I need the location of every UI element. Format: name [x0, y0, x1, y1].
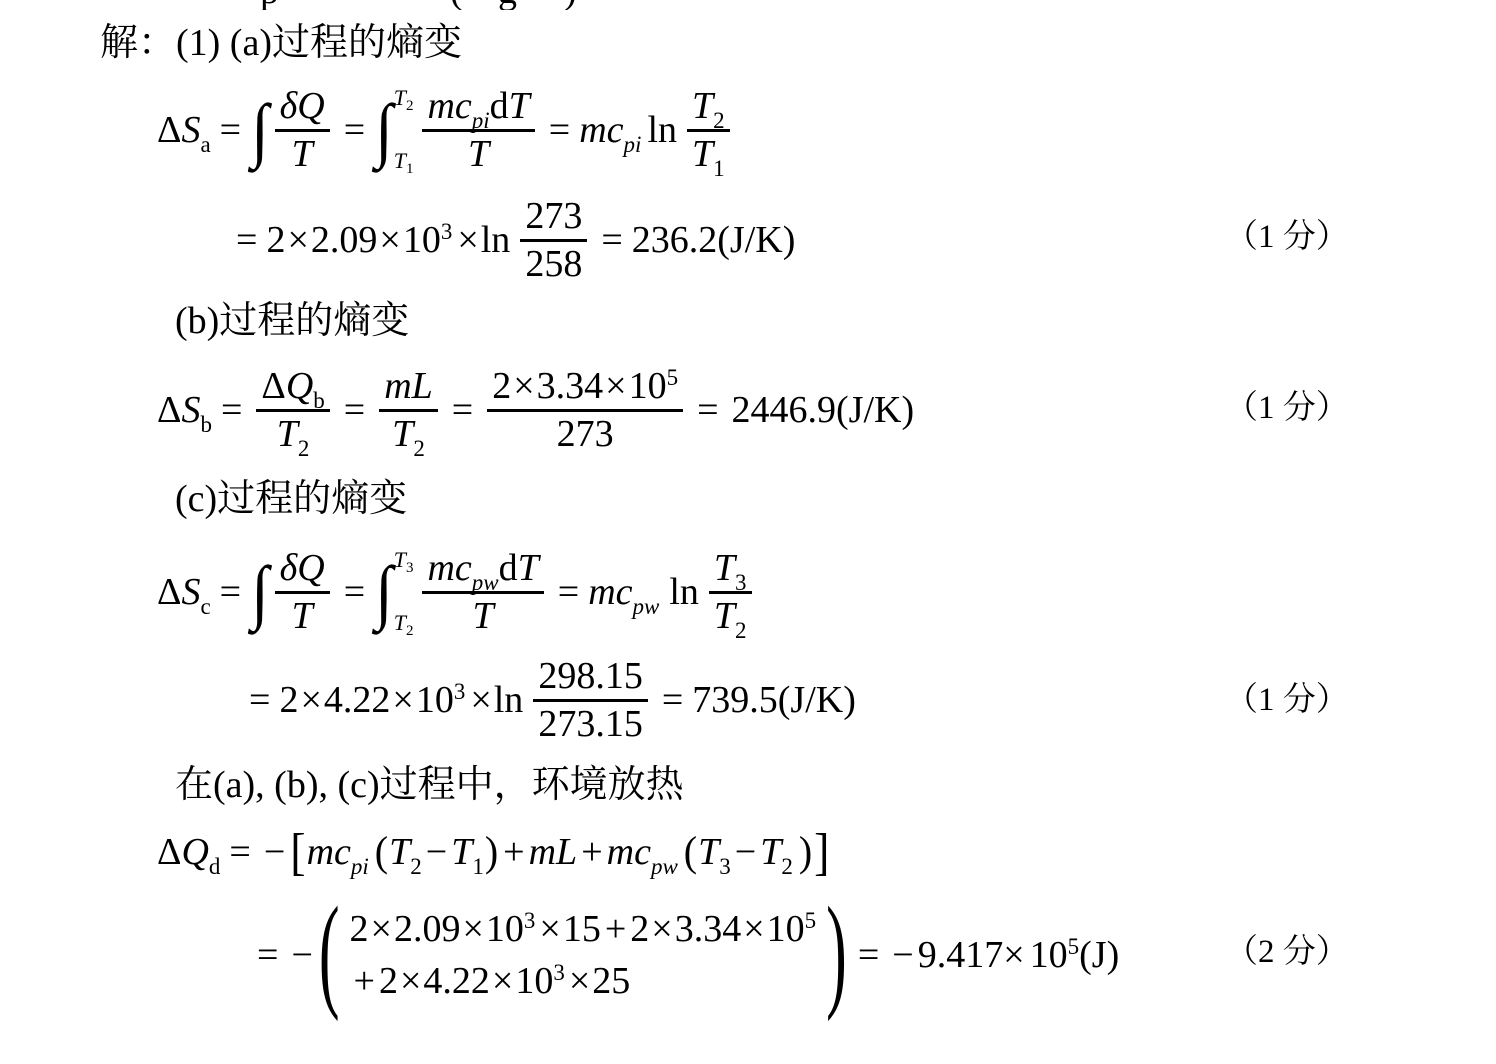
numerator: δQ	[275, 88, 330, 124]
subscript: 2	[298, 438, 310, 460]
fraction-bar	[275, 591, 330, 594]
math-symbol: 103	[515, 963, 565, 999]
subscript: 2	[413, 438, 425, 460]
equation-entropy-a: ΔSa=∫δQT=∫T2T1mcpidTT=mcpilnT2T1	[157, 78, 735, 182]
math-text: =	[344, 112, 365, 148]
math-text: =	[452, 392, 473, 428]
subscript: b	[200, 414, 212, 436]
superscript: 3	[454, 681, 466, 703]
subscript: 3	[406, 561, 414, 575]
fraction: mcpwdTT	[422, 550, 543, 633]
big-paren-icon: )	[799, 831, 812, 873]
base: T	[714, 595, 735, 637]
integral: ∫	[250, 104, 270, 155]
math-text: =	[236, 222, 257, 258]
integral-sign: ∫	[251, 101, 269, 158]
math-symbol: Sb	[181, 392, 212, 428]
subscript: 1	[713, 158, 725, 180]
math-symbol: T	[509, 88, 530, 124]
base: ln	[647, 109, 677, 151]
math-symbol: ln	[481, 222, 511, 258]
base: 10	[629, 365, 667, 407]
math-symbol: mcpi	[579, 112, 641, 148]
base: T	[394, 547, 406, 572]
subscript: b	[313, 390, 325, 412]
base: S	[181, 571, 200, 613]
math-symbol: T1	[692, 136, 725, 172]
superscript: 5	[667, 367, 679, 389]
math-symbol: T2	[394, 88, 414, 109]
subscript: 2	[735, 620, 747, 642]
base: 10	[416, 679, 454, 721]
stack-line: 2×2.09×103×15+2×3.34×105	[350, 911, 817, 947]
equation-entropy-a-result: =2×2.09×103×ln273258=236.2(J/K)	[227, 192, 795, 288]
denominator: T2	[709, 598, 752, 634]
equation-heat-d-numeric: =−(2×2.09×103×15+2×3.34×105+2×4.22×103×2…	[248, 875, 1119, 1035]
subscript: 2	[713, 110, 725, 132]
solution-heading-step-c: (c)过程的熵变	[175, 478, 407, 522]
math-text: 273	[525, 198, 582, 234]
math-symbol: δQ	[280, 550, 325, 586]
lower-limit: T2	[394, 613, 414, 634]
math-text: 15	[563, 911, 601, 947]
fragment-char: )	[564, 0, 604, 10]
fraction: mLT2	[379, 368, 438, 451]
numerator: mcpidT	[422, 88, 534, 124]
fraction: 298.15273.15	[533, 658, 648, 741]
document-page: p ( g ) 解：(1) (a)过程的熵变 (b)过程的熵变 (c)过程的熵变…	[0, 0, 1496, 1064]
denominator: T	[287, 136, 318, 172]
base: T	[451, 831, 472, 873]
math-text: 2	[379, 963, 398, 999]
numerator: T2	[687, 88, 730, 124]
math-symbol: mcpw	[427, 550, 498, 586]
base: S	[181, 109, 200, 151]
base: 10	[1030, 934, 1068, 976]
denominator: 273.15	[533, 706, 648, 742]
math-text: =	[249, 682, 270, 718]
base: d	[499, 547, 518, 589]
math-symbol: δQ	[280, 88, 325, 124]
subscript: pw	[633, 596, 660, 618]
fragment-char: p	[260, 0, 300, 10]
subscript: a	[200, 134, 210, 156]
base: Δ	[157, 109, 181, 151]
superscript: 3	[553, 962, 565, 984]
fragment-char: (	[450, 0, 490, 10]
math-text: ×	[743, 911, 764, 947]
math-text: ×	[513, 368, 534, 404]
math-text: ×	[470, 682, 491, 718]
base: Δ	[157, 571, 181, 613]
math-symbol: T	[468, 136, 489, 172]
base: δQ	[280, 547, 325, 589]
integral: ∫T3T2	[374, 550, 417, 634]
integral-sign: ∫	[375, 563, 393, 620]
subscript: c	[200, 596, 210, 618]
numerator: 273	[520, 198, 587, 234]
formula-row: ΔSb=ΔQbT2=mLT2=2×3.34×105273=2446.9(J/K)	[157, 358, 914, 462]
base: S	[181, 389, 200, 431]
denominator: T	[287, 598, 318, 634]
big-paren-icon: )	[485, 831, 498, 873]
math-symbol: T2	[394, 613, 414, 634]
base: T	[692, 133, 713, 175]
math-text: 273	[557, 416, 614, 452]
math-symbol: mcpi	[427, 88, 489, 124]
math-text: =	[558, 574, 579, 610]
math-text: =	[697, 392, 718, 428]
math-symbol: T2	[277, 416, 310, 452]
math-text: 2446.9(J/K)	[732, 392, 915, 428]
math-symbol: Sa	[181, 112, 210, 148]
base: T	[692, 85, 713, 127]
math-text: ×	[605, 368, 626, 404]
integral: ∫	[250, 566, 270, 617]
math-symbol: T2	[760, 834, 793, 870]
upper-limit: T3	[394, 550, 414, 571]
base: 10	[486, 908, 524, 950]
math-text: (J)	[1079, 937, 1119, 973]
math-text: 9.417×	[918, 937, 1025, 973]
math-symbol: T3	[394, 550, 414, 571]
base: T	[760, 831, 781, 873]
math-text: 2	[630, 911, 649, 947]
subscript: d	[209, 856, 221, 878]
base: T	[473, 595, 494, 637]
math-text: 4.22	[423, 963, 490, 999]
big-paren-open-icon: (	[319, 904, 340, 1006]
base: T	[394, 610, 406, 635]
base: T	[714, 547, 735, 589]
math-text: 2	[266, 222, 285, 258]
math-symbol: 105	[1030, 937, 1080, 973]
math-symbol: mcpw	[588, 574, 659, 610]
fraction: T2T1	[687, 88, 730, 171]
math-symbol: d	[490, 88, 509, 124]
subscript: pi	[624, 134, 642, 156]
superscript: 3	[524, 910, 536, 932]
big-paren-close-icon: )	[826, 904, 847, 1006]
math-text: +	[581, 834, 602, 870]
denominator: T	[463, 136, 494, 172]
integral-sign: ∫	[375, 101, 393, 158]
base: T	[698, 831, 719, 873]
formula-row: ΔSc=∫δQT=∫T3T2mcpwdTT=mcpwlnT3T2	[157, 536, 757, 648]
math-text: 236.2(J/K)	[632, 222, 796, 258]
math-symbol: Qb	[286, 368, 325, 404]
numerator: mL	[379, 368, 438, 404]
math-symbol: T2	[714, 598, 747, 634]
cropped-glyph-fragment: (	[450, 0, 490, 10]
equation-entropy-c-result: =2×4.22×103×ln298.15273.15=739.5(J/K)	[240, 652, 856, 748]
cropped-glyph-fragment: )	[564, 0, 604, 10]
math-text: ×	[462, 911, 483, 947]
fraction: mcpidTT	[422, 88, 534, 171]
base: T	[468, 133, 489, 175]
base: ln	[669, 571, 699, 613]
math-text: ×	[539, 911, 560, 947]
math-text: +	[354, 963, 375, 999]
base: mc	[427, 85, 471, 127]
denominator: 273	[552, 416, 619, 452]
base: Q	[181, 831, 208, 873]
base: T	[518, 547, 539, 589]
math-symbol: T1	[394, 151, 414, 172]
math-symbol: T	[292, 598, 313, 634]
math-text: 4.22	[324, 682, 391, 718]
math-text: =	[858, 937, 879, 973]
formula-row: ΔSa=∫δQT=∫T2T1mcpidTT=mcpilnT2T1	[157, 78, 735, 182]
formula-row: =2×4.22×103×ln298.15273.15=739.5(J/K)	[240, 652, 856, 748]
base: Q	[286, 365, 313, 407]
math-text: −	[892, 937, 913, 973]
math-symbol: T3	[714, 550, 747, 586]
stacked-group: (2×2.09×103×15+2×3.34×105+2×4.22×103×25)	[317, 911, 849, 999]
numerator: ΔQb	[256, 368, 329, 404]
math-text: =	[220, 112, 241, 148]
math-text: −	[735, 834, 756, 870]
superscript: 3	[441, 221, 453, 243]
math-text: ×	[400, 963, 421, 999]
subscript: 1	[406, 162, 414, 176]
score-mark-c: （1 分）	[1225, 681, 1349, 721]
math-symbol: ln	[494, 682, 524, 718]
math-text: ×	[371, 911, 392, 947]
fraction: 2×3.34×105273	[487, 368, 683, 451]
fraction-bar	[533, 699, 648, 702]
math-text: −	[264, 834, 285, 870]
integral-limits: T2T1	[394, 88, 414, 172]
math-symbol: T2	[692, 88, 725, 124]
math-text: 2	[350, 911, 369, 947]
numerator: mcpwdT	[422, 550, 543, 586]
fraction: T3T2	[709, 550, 752, 633]
math-text: =	[344, 574, 365, 610]
math-symbol: mL	[529, 834, 578, 870]
math-symbol: T	[518, 550, 539, 586]
math-text: 2.09	[311, 222, 378, 258]
fraction: δQT	[275, 550, 330, 633]
base: mc	[579, 109, 623, 151]
math-text: =	[344, 392, 365, 428]
base: 10	[515, 960, 553, 1002]
math-symbol: 105	[629, 368, 679, 404]
base: 10	[403, 219, 441, 261]
superscript: 5	[1068, 936, 1080, 958]
math-symbol: ln	[669, 574, 699, 610]
base: Δ	[157, 389, 181, 431]
denominator: 258	[520, 246, 587, 282]
math-text: =	[221, 392, 242, 428]
math-text: 739.5(J/K)	[692, 682, 856, 718]
numerator: T3	[709, 550, 752, 586]
base: mc	[588, 571, 632, 613]
base: T	[509, 85, 530, 127]
math-text: 298.15	[538, 658, 643, 694]
math-text: =	[662, 682, 683, 718]
formula-row: =2×2.09×103×ln273258=236.2(J/K)	[227, 192, 795, 288]
base: δQ	[280, 85, 325, 127]
base: T	[394, 85, 406, 110]
base: T	[292, 595, 313, 637]
base: T	[392, 413, 413, 455]
math-symbol: mcpw	[607, 834, 678, 870]
math-text: =	[229, 834, 250, 870]
math-text: ×	[651, 911, 672, 947]
score-mark-d: （2 分）	[1225, 933, 1349, 973]
base: mc	[307, 831, 351, 873]
math-text: ×	[457, 222, 478, 258]
base: 10	[767, 908, 805, 950]
math-text: 3.34	[675, 911, 742, 947]
math-symbol: T	[473, 598, 494, 634]
subscript: 3	[735, 572, 747, 594]
fragment-char: g	[498, 0, 538, 10]
numerator: 298.15	[533, 658, 648, 694]
subscript: 2	[406, 99, 414, 113]
math-text: =	[601, 222, 622, 258]
denominator: T2	[387, 416, 430, 452]
subscript: pw	[472, 572, 499, 594]
math-symbol: mL	[384, 368, 433, 404]
math-text: +	[503, 834, 524, 870]
math-symbol: 103	[403, 222, 453, 258]
math-text: =	[549, 112, 570, 148]
score-mark-a: （1 分）	[1225, 218, 1349, 258]
base: mc	[607, 831, 651, 873]
fraction-bar	[379, 409, 438, 412]
math-text: =	[220, 574, 241, 610]
math-symbol: mcpi	[307, 834, 369, 870]
cropped-glyph-fragment: g	[498, 0, 538, 10]
base: ln	[481, 219, 511, 261]
math-text: ×	[379, 222, 400, 258]
denominator: T1	[687, 136, 730, 172]
base: T	[292, 133, 313, 175]
big-bracket-icon: ]	[814, 826, 829, 878]
math-symbol: T	[292, 136, 313, 172]
integral-sign: ∫	[251, 563, 269, 620]
math-symbol: ln	[647, 112, 677, 148]
big-bracket-icon: [	[290, 826, 305, 878]
base: d	[490, 85, 509, 127]
numerator: 2×3.34×105	[487, 368, 683, 404]
equation-entropy-b: ΔSb=ΔQbT2=mLT2=2×3.34×105273=2446.9(J/K)	[157, 358, 914, 462]
stack-lines: 2×2.09×103×15+2×3.34×105+2×4.22×103×25	[350, 911, 817, 999]
math-text: 25	[592, 963, 630, 999]
subscript: 2	[406, 624, 414, 638]
solution-text-step-d: 在(a), (b), (c)过程中，环境放热	[175, 764, 684, 808]
base: mL	[384, 365, 433, 407]
math-text: 2	[492, 368, 511, 404]
superscript: 5	[805, 910, 817, 932]
math-symbol: 103	[486, 911, 536, 947]
integral: ∫T2T1	[374, 88, 417, 172]
math-text: 273.15	[538, 706, 643, 742]
math-symbol: Δ	[261, 368, 285, 404]
big-paren-icon: (	[684, 831, 697, 873]
solution-heading-step-a: 解：(1) (a)过程的熵变	[100, 22, 462, 66]
math-text: ×	[569, 963, 590, 999]
fraction: ΔQbT2	[256, 368, 329, 451]
subscript: pi	[472, 110, 490, 132]
base: mL	[529, 831, 578, 873]
lower-limit: T1	[394, 151, 414, 172]
integral-limits: T3T2	[394, 550, 414, 634]
base: Δ	[261, 365, 285, 407]
math-symbol: Δ	[157, 834, 181, 870]
numerator: δQ	[275, 550, 330, 586]
big-paren-icon: (	[375, 831, 388, 873]
fraction: δQT	[275, 88, 330, 171]
solution-heading-step-b: (b)过程的熵变	[175, 300, 409, 344]
denominator: T2	[272, 416, 315, 452]
math-symbol: 105	[767, 911, 817, 947]
formula-row: =−(2×2.09×103×15+2×3.34×105+2×4.22×103×2…	[248, 875, 1119, 1035]
math-text: ×	[300, 682, 321, 718]
base: T	[277, 413, 298, 455]
math-text: 2	[279, 682, 298, 718]
math-symbol: Δ	[157, 112, 181, 148]
math-text: =	[257, 937, 278, 973]
fraction: 273258	[520, 198, 587, 281]
upper-limit: T2	[394, 88, 414, 109]
fraction-bar	[487, 409, 683, 412]
fraction-bar	[275, 129, 330, 132]
base: T	[389, 831, 410, 873]
math-text: ×	[492, 963, 513, 999]
base: T	[394, 148, 406, 173]
math-symbol: T2	[392, 416, 425, 452]
cropped-glyph-fragment: p	[260, 0, 300, 10]
math-symbol: T2	[389, 834, 422, 870]
math-symbol: Sc	[181, 574, 210, 610]
denominator: T	[468, 598, 499, 634]
math-symbol: Δ	[157, 392, 181, 428]
math-text: 258	[525, 246, 582, 282]
math-symbol: T3	[698, 834, 731, 870]
base: mc	[427, 547, 471, 589]
math-text: −	[291, 937, 312, 973]
score-mark-b: （1 分）	[1225, 389, 1349, 429]
math-symbol: T1	[451, 834, 484, 870]
base: ln	[494, 679, 524, 721]
math-text: +	[605, 911, 626, 947]
math-text: ×	[287, 222, 308, 258]
stack-line: +2×4.22×103×25	[350, 963, 631, 999]
equation-entropy-c: ΔSc=∫δQT=∫T3T2mcpwdTT=mcpwlnT3T2	[157, 536, 757, 648]
math-text: ×	[392, 682, 413, 718]
math-symbol: Δ	[157, 574, 181, 610]
base: Δ	[157, 831, 181, 873]
math-text: −	[426, 834, 447, 870]
fraction-bar	[520, 239, 587, 242]
math-symbol: 103	[416, 682, 466, 718]
math-text: 2.09	[394, 911, 461, 947]
math-symbol: d	[499, 550, 518, 586]
math-symbol: Qd	[181, 834, 220, 870]
math-text: 3.34	[537, 368, 604, 404]
